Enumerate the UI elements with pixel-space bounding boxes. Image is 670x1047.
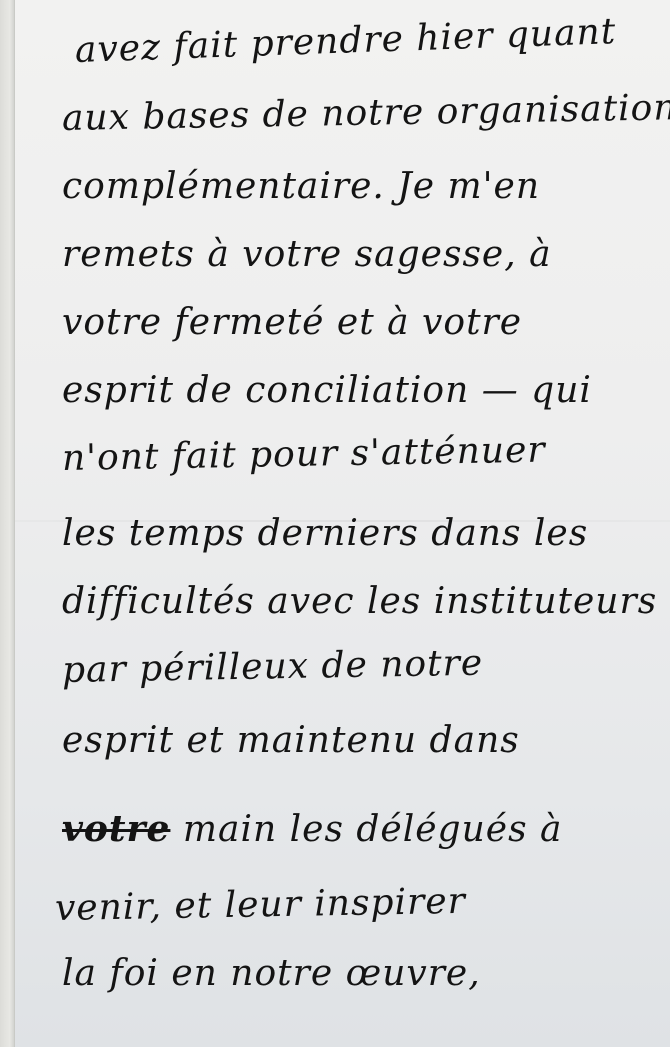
- page-left-edge: [0, 0, 15, 1047]
- handwritten-line-14: la foi en notre œuvre,: [62, 953, 481, 994]
- handwritten-line-6: esprit de conciliation — qui: [62, 370, 592, 411]
- handwritten-line-10: par périlleux de notre: [62, 643, 484, 691]
- line-12-rest: main les délégués à: [183, 809, 563, 850]
- handwritten-line-11: esprit et maintenu dans: [62, 720, 520, 761]
- handwritten-line-9: difficultés avec les instituteurs —: [62, 581, 670, 622]
- handwritten-line-8: les temps derniers dans les: [62, 513, 588, 554]
- handwritten-line-1: avez fait prendre hier quant: [74, 11, 617, 71]
- handwritten-line-13: venir, et leur inspirer: [55, 881, 466, 929]
- letter-page: avez fait prendre hier quant aux bases d…: [0, 0, 670, 1047]
- handwritten-line-5: votre fermeté et à votre: [62, 302, 522, 343]
- handwritten-line-2: aux bases de notre organisation: [62, 87, 670, 139]
- struck-word: votre: [62, 808, 170, 850]
- handwritten-line-4: remets à votre sagesse, à: [62, 234, 552, 275]
- handwritten-line-3: complémentaire. Je m'en: [62, 166, 540, 207]
- handwritten-line-12: votre main les délégués à: [62, 808, 562, 850]
- handwritten-line-7: n'ont fait pour s'atténuer: [62, 430, 546, 479]
